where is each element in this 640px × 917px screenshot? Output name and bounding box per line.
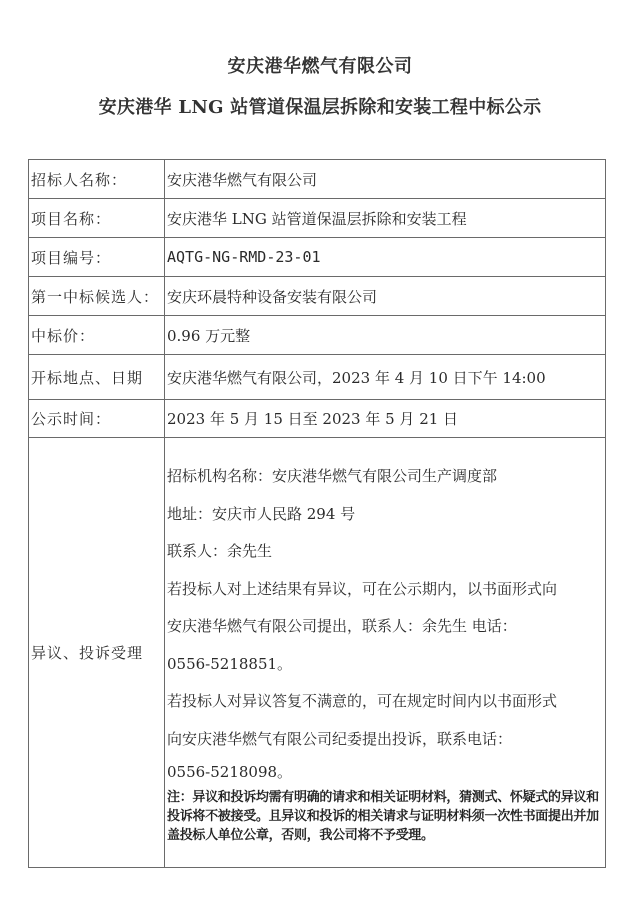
announcement-title: 安庆港华 LNG 站管道保温层拆除和安装工程中标公示 bbox=[0, 93, 640, 119]
complaint-phone: 0556-5218098。 bbox=[167, 758, 605, 786]
contact-person: 联系人：余先生 bbox=[167, 533, 605, 571]
value-tenderer: 安庆港华燃气有限公司 bbox=[165, 160, 606, 199]
label-winning-candidate: 第一中标候选人： bbox=[29, 277, 165, 316]
objection-text-line-2: 安庆港华燃气有限公司提出，联系人：余先生 电话： bbox=[167, 608, 605, 646]
objection-phone: 0556-5218851。 bbox=[167, 646, 605, 684]
table-row-winning-candidate: 第一中标候选人： 安庆环晨特种设备安装有限公司 bbox=[29, 277, 606, 316]
table-row-opening: 开标地点、日期 安庆港华燃气有限公司，2023 年 4 月 10 日下午 14:… bbox=[29, 355, 606, 400]
value-opening: 安庆港华燃气有限公司，2023 年 4 月 10 日下午 14:00 bbox=[165, 355, 606, 400]
value-project-code: AQTG-NG-RMD-23-01 bbox=[165, 238, 606, 277]
complaint-text-line-2: 向安庆港华燃气有限公司纪委提出投诉，联系电话： bbox=[167, 721, 605, 759]
table-row-winning-price: 中标价： 0.96 万元整 bbox=[29, 316, 606, 355]
value-winning-candidate: 安庆环晨特种设备安装有限公司 bbox=[165, 277, 606, 316]
label-publicity-period: 公示时间： bbox=[29, 400, 165, 438]
objection-text-line-1: 若投标人对上述结果有异议，可在公示期内，以书面形式向 bbox=[167, 571, 605, 609]
label-winning-price: 中标价： bbox=[29, 316, 165, 355]
label-project-code: 项目编号： bbox=[29, 238, 165, 277]
label-opening: 开标地点、日期 bbox=[29, 355, 165, 400]
value-winning-price: 0.96 万元整 bbox=[165, 316, 606, 355]
table-row-tenderer: 招标人名称： 安庆港华燃气有限公司 bbox=[29, 160, 606, 199]
table-row-project-code: 项目编号： AQTG-NG-RMD-23-01 bbox=[29, 238, 606, 277]
complaint-text-line-1: 若投标人对异议答复不满意的，可在规定时间内以书面形式 bbox=[167, 683, 605, 721]
table-row-project-name: 项目名称： 安庆港华 LNG 站管道保温层拆除和安装工程 bbox=[29, 199, 606, 238]
agency-address: 地址：安庆市人民路 294 号 bbox=[167, 496, 605, 534]
award-info-table: 招标人名称： 安庆港华燃气有限公司 项目名称： 安庆港华 LNG 站管道保温层拆… bbox=[28, 159, 606, 868]
value-publicity-period: 2023 年 5 月 15 日至 2023 年 5 月 21 日 bbox=[165, 400, 606, 438]
agency-name: 招标机构名称：安庆港华燃气有限公司生产调度部 bbox=[167, 458, 605, 496]
label-project-name: 项目名称： bbox=[29, 199, 165, 238]
objection-note: 注：异议和投诉均需有明确的请求和相关证明材料，猜测式、怀疑式的异议和投诉将不被接… bbox=[167, 788, 605, 845]
company-title: 安庆港华燃气有限公司 bbox=[0, 52, 640, 78]
objection-details: 招标机构名称：安庆港华燃气有限公司生产调度部 地址：安庆市人民路 294 号 联… bbox=[165, 438, 606, 868]
table-row-publicity-period: 公示时间： 2023 年 5 月 15 日至 2023 年 5 月 21 日 bbox=[29, 400, 606, 438]
table-row-objection: 异议、投诉受理 招标机构名称：安庆港华燃气有限公司生产调度部 地址：安庆市人民路… bbox=[29, 438, 606, 868]
label-objection: 异议、投诉受理 bbox=[29, 438, 165, 868]
label-tenderer: 招标人名称： bbox=[29, 160, 165, 199]
value-project-name: 安庆港华 LNG 站管道保温层拆除和安装工程 bbox=[165, 199, 606, 238]
